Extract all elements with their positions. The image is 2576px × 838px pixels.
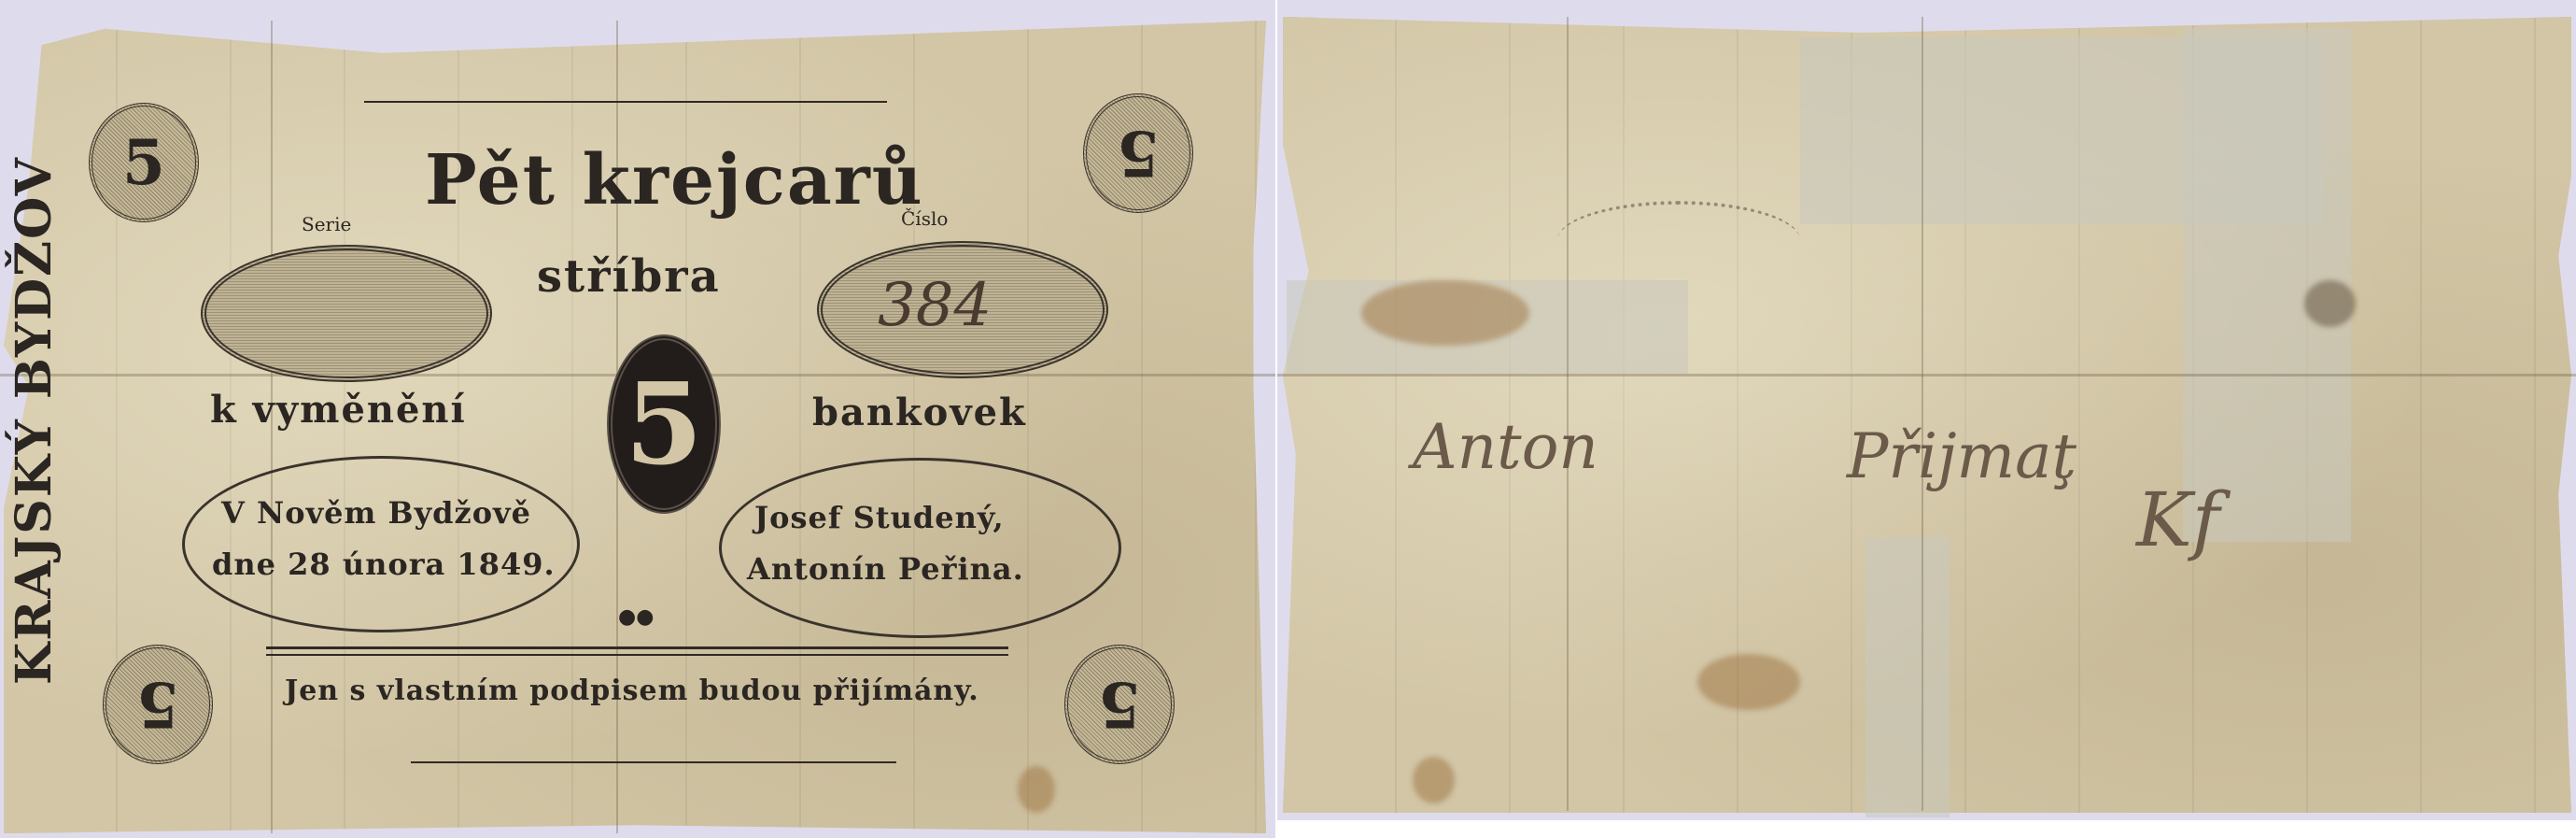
serial-number: 384 [878,271,992,340]
serie-oval [201,245,492,382]
corner-numeral-bottom-right: 5 [1064,645,1175,764]
stain [1361,280,1529,346]
stain [1018,766,1055,813]
double-rule-top [266,646,1008,649]
issue-date: dne 28 února 1849. [212,547,556,582]
handwritten-mark: Kf [2136,476,2219,563]
place-date-oval [182,456,580,632]
side-vertical-text: KRAJSKÝ BYDŽOV [6,37,63,803]
signatory-1: Josef Studený, [754,500,1005,535]
central-denomination: 5 [625,359,703,490]
banknote-subtitle: stříbra [537,250,721,303]
central-denomination-oval: 5 [607,334,721,514]
tape-patch [1865,537,1950,817]
issue-place: V Nověm Bydžově [221,495,531,531]
corner-numeral-top-left: 5 [89,103,199,222]
corner-numeral-top-right: 5 [1083,93,1193,213]
banknote-obverse-photo: KRAJSKÝ BYDŽOV 5 5 5 5 Pět krejcarů stří… [0,0,1275,838]
bottom-ornament-rule [411,761,896,763]
ink-bleed-mark [1557,201,1800,279]
exchange-text: k vyměnění [210,388,467,432]
signatory-2: Antonín Peřina. [747,551,1024,587]
signatories-oval [719,458,1121,638]
fold-line [1277,374,2576,376]
footer-notice: Jen s vlastním podpisem budou přijímány. [285,675,979,707]
banknotes-text: bankovek [812,391,1027,434]
top-ornament-rule [364,101,887,103]
banknote-title: Pět krejcarů [425,140,924,220]
double-rule-bottom [266,654,1008,656]
numeral-text: 5 [136,668,179,741]
numeral-text: 5 [1117,117,1160,190]
numeral-text: 5 [122,126,165,199]
center-dot-ornament: ●● [618,605,654,629]
numeral-text: 5 [1098,668,1141,741]
cislo-label: Číslo [901,207,948,230]
handwritten-signature-2: Přijmaţ [1847,420,2076,492]
banknote-reverse-photo: Anton Přijmaţ Kf [1277,0,2576,820]
serie-label: Serie [302,213,351,235]
stain [2304,280,2356,327]
fold-line [1921,17,1923,811]
stain [1413,757,1455,803]
corner-numeral-bottom-left: 5 [103,645,213,764]
stain [1697,654,1800,710]
handwritten-signature-1: Anton [1413,411,1598,483]
